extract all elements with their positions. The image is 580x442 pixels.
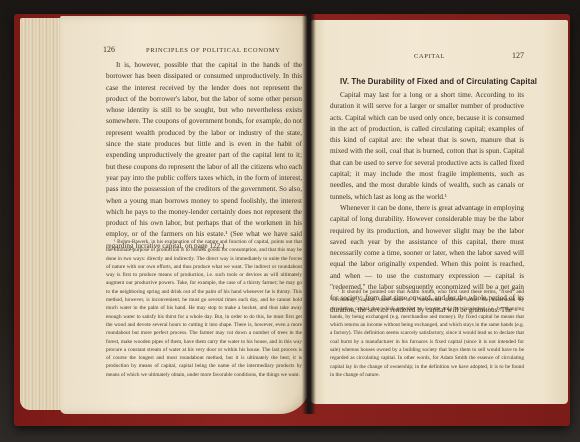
right-footnote-text: ¹ It should be pointed out that Adam Smi… — [330, 288, 524, 379]
section-title: IV. The Durability of Fixed and of Circu… — [340, 77, 540, 86]
right-running-head: CAPITAL — [414, 53, 445, 60]
left-page-number: 126 — [103, 45, 115, 54]
right-paragraph-1: Capital may last for a long or a short t… — [330, 90, 524, 203]
left-footnote-text: ¹ Bohm-Bawerk, in his explanation of the… — [106, 238, 302, 379]
right-footnote: ¹ It should be pointed out that Adam Smi… — [330, 288, 524, 379]
right-page-number: 127 — [512, 51, 524, 60]
right-body-text: Capital may last for a long or a short t… — [330, 90, 524, 316]
left-paragraph: It is, however, possible that the capita… — [106, 60, 302, 252]
book-gutter — [302, 14, 316, 414]
left-running-head: PRINCIPLES OF POLITICAL ECONOMY — [146, 47, 280, 54]
left-footnote: ¹ Bohm-Bawerk, in his explanation of the… — [106, 238, 302, 379]
left-body-text: It is, however, possible that the capita… — [106, 60, 302, 252]
